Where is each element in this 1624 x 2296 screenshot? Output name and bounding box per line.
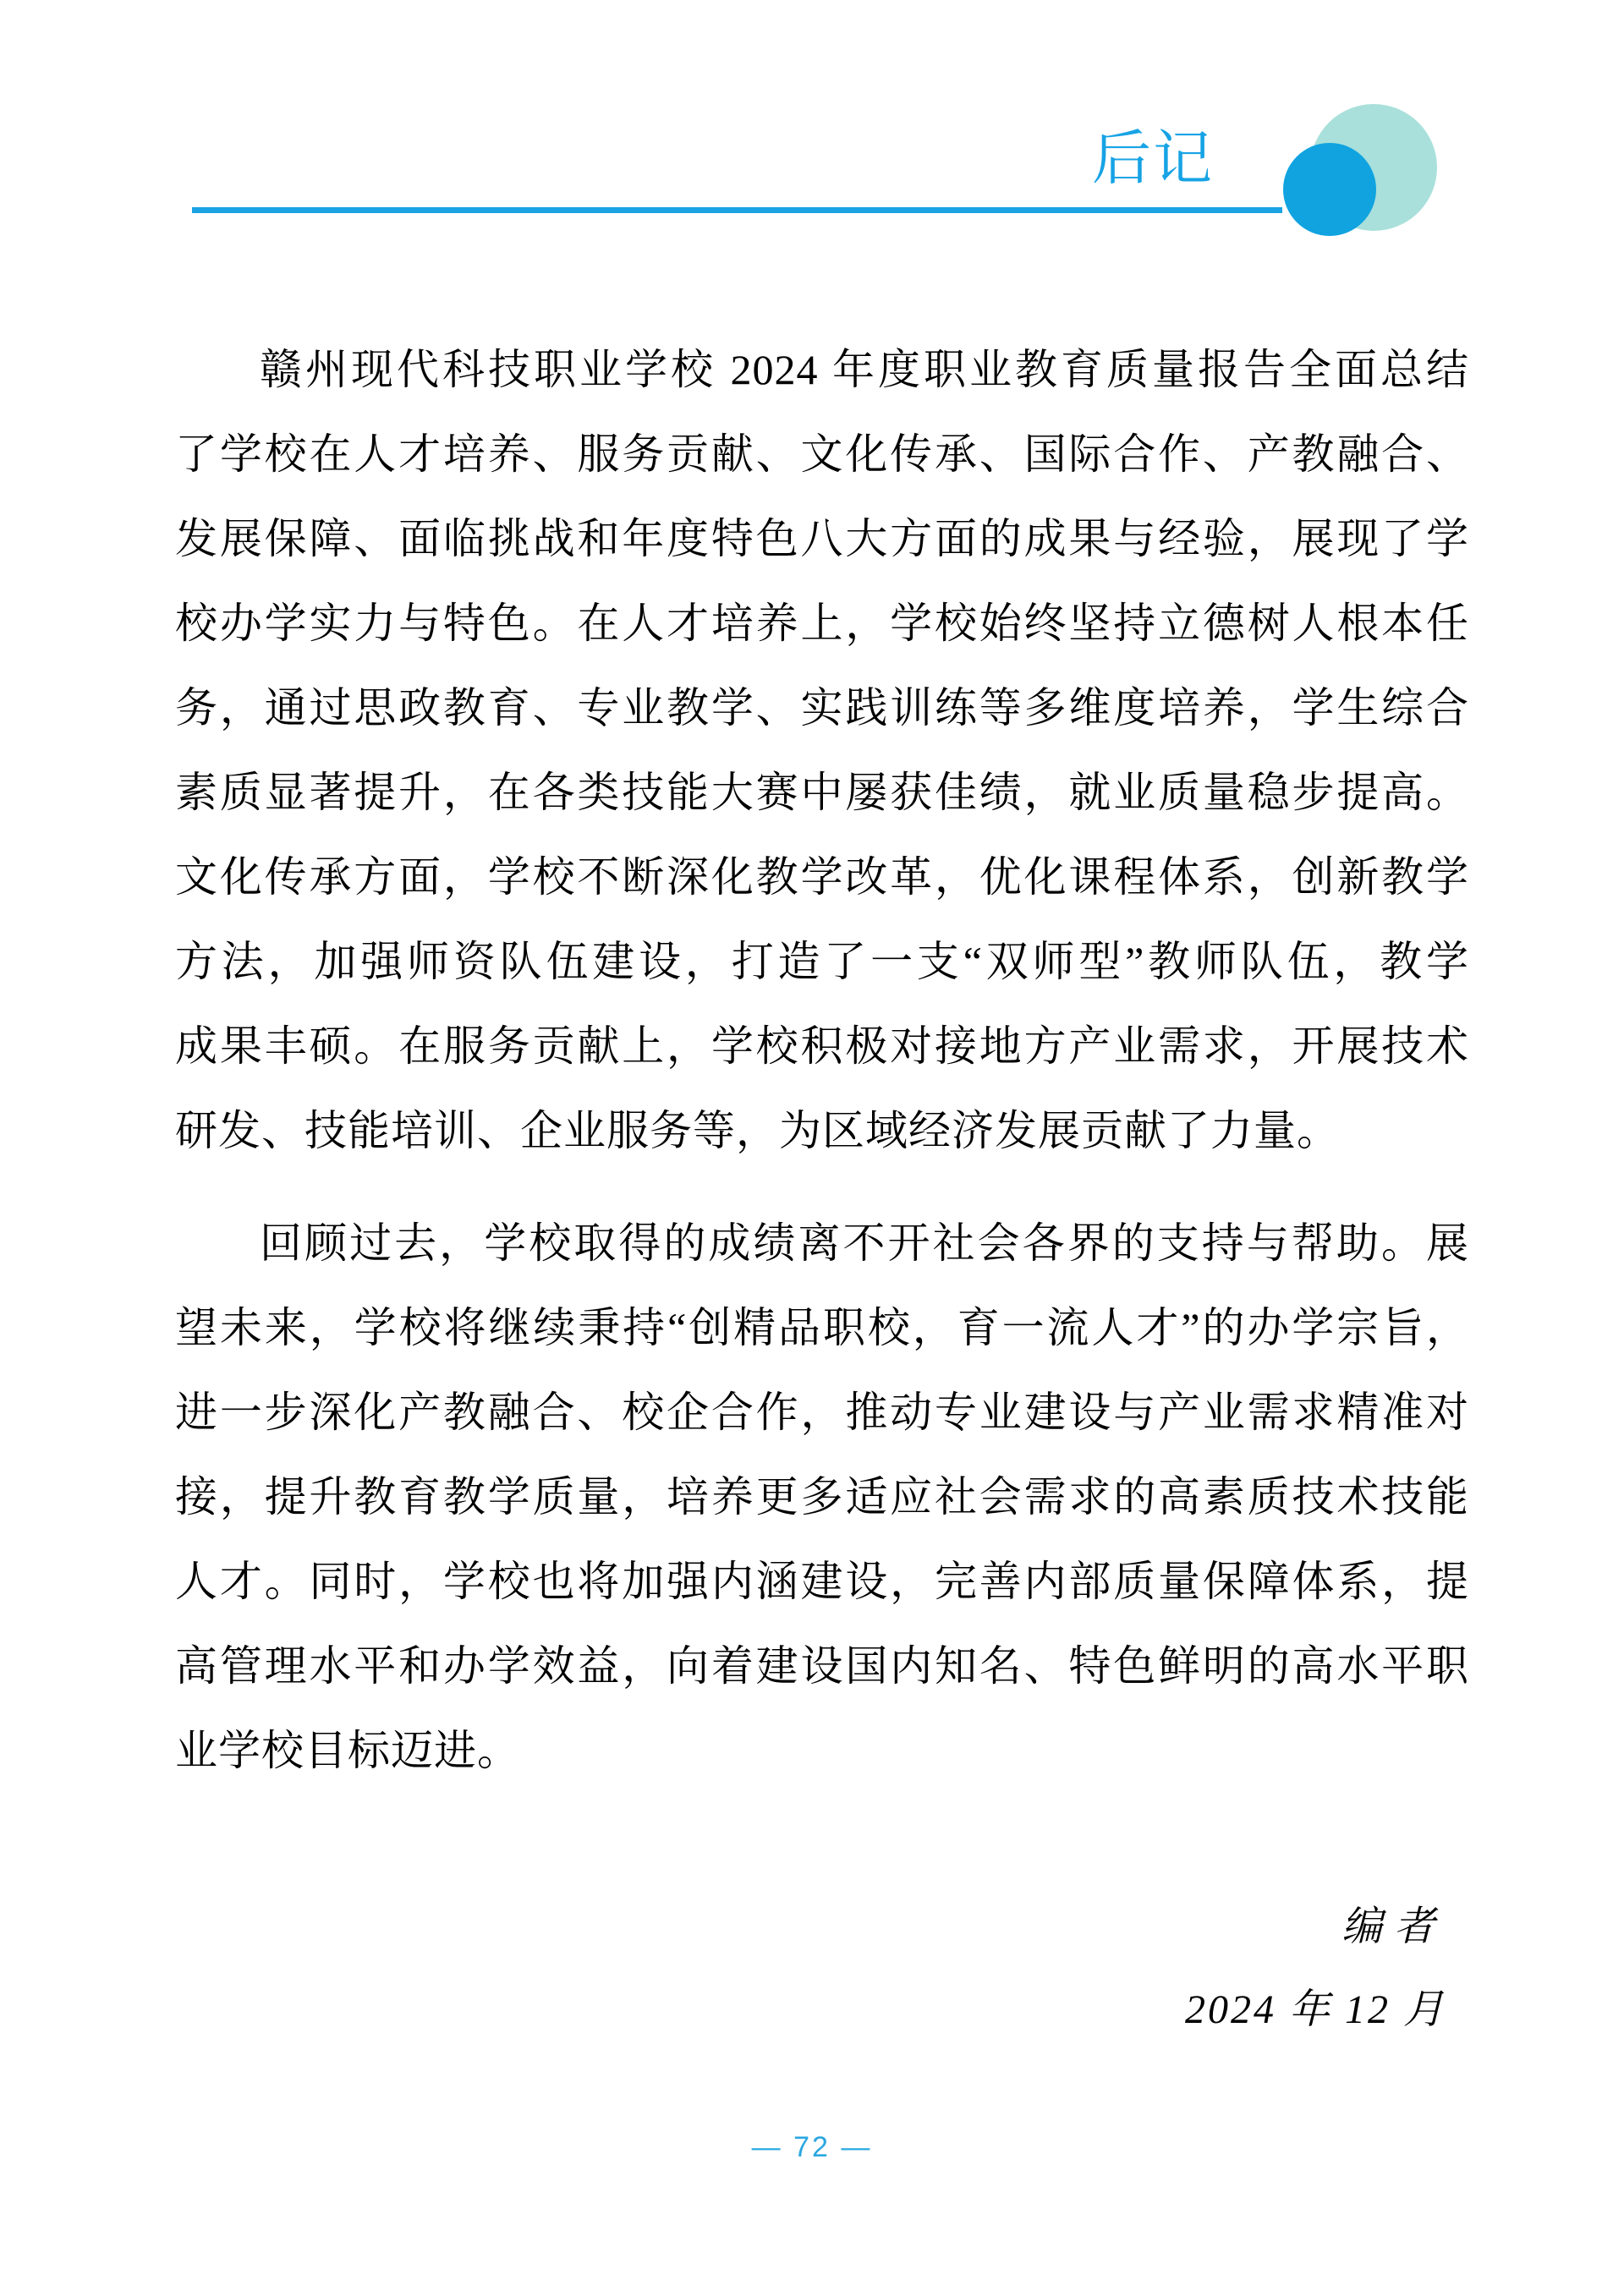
text-line: 业学校目标迈进。 bbox=[175, 1708, 1469, 1793]
text-line: 了学校在人才培养、服务贡献、文化传承、国际合作、产教融合、 bbox=[175, 412, 1469, 496]
page-number: — 72 — bbox=[0, 2133, 1624, 2162]
signature-date: 2024 年 12 月 bbox=[1185, 1990, 1446, 2030]
text-line: 素质显著提升，在各类技能大赛中屡获佳绩，就业质量稳步提高。 bbox=[175, 750, 1469, 835]
text-line: 人才。同时，学校也将加强内涵建设，完善内部质量保障体系，提 bbox=[175, 1539, 1469, 1624]
paragraph-1: 赣州现代科技职业学校 2024 年度职业教育质量报告全面总结 了学校在人才培养、… bbox=[175, 327, 1469, 1173]
text-line: 回顾过去，学校取得的成绩离不开社会各界的支持与帮助。展 bbox=[175, 1201, 1469, 1285]
header-rule bbox=[192, 207, 1282, 213]
text-line: 成果丰硕。在服务贡献上，学校积极对接地方产业需求，开展技术 bbox=[175, 1004, 1469, 1088]
text-line: 高管理水平和办学效益，向着建设国内知名、特色鲜明的高水平职 bbox=[175, 1624, 1469, 1708]
text-line: 务，通过思政教育、专业教学、实践训练等多维度培养，学生综合 bbox=[175, 666, 1469, 750]
text-line: 进一步深化产教融合、校企合作，推动专业建设与产业需求精准对 bbox=[175, 1370, 1469, 1455]
document-page: 后记 赣州现代科技职业学校 2024 年度职业教育质量报告全面总结 了学校在人才… bbox=[0, 0, 1624, 2296]
paragraph-2: 回顾过去，学校取得的成绩离不开社会各界的支持与帮助。展 望未来，学校将继续秉持“… bbox=[175, 1201, 1469, 1793]
text-line: 研发、技能培训、企业服务等，为区域经济发展贡献了力量。 bbox=[175, 1088, 1469, 1173]
body-text: 赣州现代科技职业学校 2024 年度职业教育质量报告全面总结 了学校在人才培养、… bbox=[175, 327, 1469, 1793]
text-line: 赣州现代科技职业学校 2024 年度职业教育质量报告全面总结 bbox=[175, 327, 1469, 412]
text-line: 文化传承方面，学校不断深化教学改革，优化课程体系，创新教学 bbox=[175, 835, 1469, 919]
text-line: 望未来，学校将继续秉持“创精品职校，育一流人才”的办学宗旨， bbox=[175, 1285, 1469, 1370]
text-line: 校办学实力与特色。在人才培养上，学校始终坚持立德树人根本任 bbox=[175, 581, 1469, 666]
text-line: 接，提升教育教学质量，培养更多适应社会需求的高素质技术技能 bbox=[175, 1455, 1469, 1539]
blue-circle-decoration bbox=[1283, 143, 1376, 236]
text-line: 方法，加强师资队伍建设，打造了一支“双师型”教师队伍，教学 bbox=[175, 919, 1469, 1004]
text-line: 发展保障、面临挑战和年度特色八大方面的成果与经验，展现了学 bbox=[175, 496, 1469, 581]
signature-author: 编者 bbox=[1341, 1907, 1446, 1948]
page-header-title: 后记 bbox=[1092, 129, 1214, 188]
